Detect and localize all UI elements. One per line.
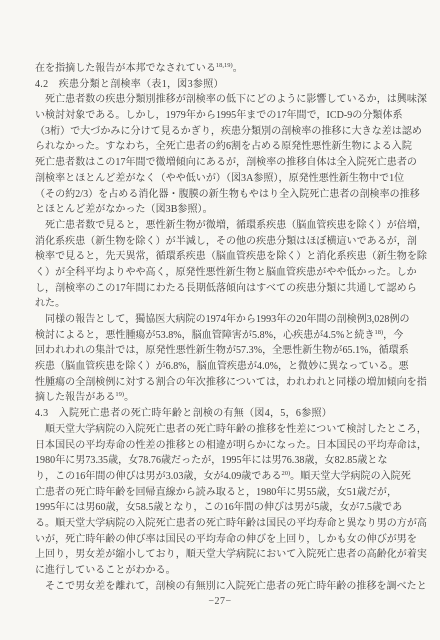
text-segment: 1995年には男60歳，女58.5歳となり，この16年間の伸びは男が5歳，女が7… — [35, 502, 402, 513]
text-segment: れた。 — [35, 298, 65, 309]
text-line: （3桁）で大づかみに分けて見るかぎり，疾患分類別の剖検率の推移に大きな差は認め — [35, 124, 417, 140]
text-line: 死亡患者数で見ると，悪性新生物が微増，循環系疾患（脳血管疾患を除く）が倍増， — [35, 218, 417, 234]
text-line: る。順天堂大学病院の入院死亡患者の死亡時年齢は国民の平均寿命と異なり男の方が高 — [35, 516, 417, 532]
text-line: れた。 — [35, 296, 417, 312]
text-segment: 日本国民の平均寿命の性差の推移との相違が明らかになった。日本国民の平均寿命は， — [35, 440, 427, 451]
text-segment: （3桁）で大づかみに分けて見るかぎり，疾患分類別の剖検率の推移に大きな差は認め — [35, 126, 422, 137]
document-body: 在を指摘した報告が本邦でなされている18,19)。4.2 疾患分類と剖検率（表1… — [35, 61, 417, 594]
text-line: 摘した報告がある19)。 — [35, 390, 417, 406]
text-line: られなかった。すなわち，全死亡患者の約6割を占める原発性悪性新生物による入院 — [35, 139, 417, 155]
text-segment: いが，死亡時年齢の伸び率は国民の平均寿命の伸びを上回り，しかも女の伸びが男を — [35, 534, 417, 545]
text-segment: 死亡患者数で見ると，悪性新生物が微増，循環系疾患（脳血管疾患を除く）が倍増， — [35, 220, 427, 231]
text-segment: 。 — [124, 392, 134, 403]
text-segment: 性腫瘍の全剖検例に対する割合の年次推移については，われわれと同様の増加傾向を指 — [35, 377, 427, 388]
text-segment: られなかった。すなわち，全死亡患者の約6割を占める原発性悪性新生物による入院 — [35, 141, 412, 152]
text-segment: ，今 — [383, 330, 403, 341]
text-segment: 疾患（脳血管疾患を除く）が6.8%，脳血管疾患が4.0%，と微妙に異なっている。… — [35, 361, 409, 372]
text-segment: 検討によると，悪性腫瘍が53.8%，脳血管障害が5.8%，心疾患が4.5%と続き — [35, 330, 375, 341]
text-line: （その約2/3）を占める消化器・腹膜の新生物もやはり全入院死亡患者の剖検率の推移 — [35, 187, 417, 203]
text-segment: そこで男女差を離れて，剖検の有無別に入院死亡患者の死亡時年齢の推移を調べたと — [35, 581, 427, 592]
text-line: り，この16年間の伸びは男が3.03歳，女が4.09歳である20)。順天堂大学病… — [35, 469, 417, 485]
text-line: に進行していることがわかる。 — [35, 563, 417, 579]
section-heading: 4.3 入院死亡患者の死亡時年齢と剖検の有無（図4，5，6参照） — [35, 406, 417, 422]
text-line: 疾患（脳血管疾患を除く）が6.8%，脳血管疾患が4.0%，と微妙に異なっている。… — [35, 359, 417, 375]
text-segment: とほとんど差がなかった（図3B参照）。 — [35, 204, 213, 215]
text-segment: 剖検率とほとんど差がなく（やや低いが）（図3A参照），原発性悪性新生物中で1位 — [35, 173, 404, 184]
text-segment: （その約2/3）を占める消化器・腹膜の新生物もやはり全入院死亡患者の剖検率の推移 — [35, 189, 420, 200]
text-segment: 上回り，男女差が縮小しており，順天堂大学病院において入院死亡患者の高齢化が着実 — [35, 549, 427, 560]
text-line: 1995年には男60歳，女58.5歳となり，この16年間の伸びは男が5歳，女が7… — [35, 500, 417, 516]
text-segment: 消化系疾患（新生物を除く）が半減し，その他の疾患分類はほぼ横這いであるが，剖 — [35, 236, 417, 247]
text-segment: 。 — [233, 63, 243, 74]
text-segment: 回われわれの集計では，原発性悪性新生物が57.3%，全悪性新生物が65.1%，循… — [35, 345, 409, 356]
citation-superscript: 19) — [115, 391, 124, 398]
text-segment: 検率で見ると，先天異常，循環系疾患（脳血管疾患を除く）と消化系疾患（新生物を除 — [35, 251, 427, 262]
section-heading: 4.2 疾患分類と剖検率（表1，図3参照） — [35, 77, 417, 93]
text-line: 死亡患者数はこの17年間で微増傾向にあるが，剖検率の推移自体は全入院死亡患者の — [35, 155, 417, 171]
text-line: 回われわれの集計では，原発性悪性新生物が57.3%，全悪性新生物が65.1%，循… — [35, 343, 417, 359]
text-segment: 順天堂大学病院の入院死亡患者の死亡時年齢の推移を性差について検討したところ， — [35, 424, 427, 435]
text-segment: り，この16年間の伸びは男が3.03歳，女が4.09歳である — [35, 471, 282, 482]
citation-superscript: 18) — [375, 329, 384, 336]
text-segment: く）が全科平均よりやや高く，原発性悪性新生物と脳血管疾患がやや低かった。しか — [35, 267, 417, 278]
text-segment: 同様の報告として，獨協医大病院の1974年から1993年の20年間の剖検例3,0… — [35, 314, 410, 325]
text-line: 検討によると，悪性腫瘍が53.8%，脳血管障害が5.8%，心疾患が4.5%と続き… — [35, 328, 417, 344]
text-segment: 。順天堂大学病院の入院死 — [290, 471, 411, 482]
text-line: 同様の報告として，獨協医大病院の1974年から1993年の20年間の剖検例3,0… — [35, 312, 417, 328]
text-line: そこで男女差を離れて，剖検の有無別に入院死亡患者の死亡時年齢の推移を調べたと — [35, 579, 417, 595]
text-segment: 死亡患者数はこの17年間で微増傾向にあるが，剖検率の推移自体は全入院死亡患者の — [35, 157, 417, 168]
text-line: 消化系疾患（新生物を除く）が半減し，その他の疾患分類はほぼ横這いであるが，剖 — [35, 234, 417, 250]
text-line: い検討対象である。しかし，1979年から1995年までの17年間で，ICD-9の… — [35, 108, 417, 124]
text-line: 亡患者の死亡時年齢を回帰直線から読み取ると，1980年に男55歳，女51歳だが， — [35, 485, 417, 501]
text-line: 性腫瘍の全剖検例に対する割合の年次推移については，われわれと同様の増加傾向を指 — [35, 375, 417, 391]
text-segment: 摘した報告がある — [35, 392, 115, 403]
text-line: く）が全科平均よりやや高く，原発性悪性新生物と脳血管疾患がやや低かった。しか — [35, 265, 417, 281]
citation-superscript: 20) — [282, 470, 291, 477]
text-line: 上回り，男女差が縮小しており，順天堂大学病院において入院死亡患者の高齢化が着実 — [35, 547, 417, 563]
text-line: いが，死亡時年齢の伸び率は国民の平均寿命の伸びを上回り，しかも女の伸びが男を — [35, 532, 417, 548]
text-segment: る。順天堂大学病院の入院死亡患者の死亡時年齢は国民の平均寿命と異なり男の方が高 — [35, 518, 427, 529]
text-segment: 死亡患者数の疾患分類別推移が剖検率の低下にどのように影響しているか，は興味深 — [35, 94, 427, 105]
text-line: 死亡患者数の疾患分類別推移が剖検率の低下にどのように影響しているか，は興味深 — [35, 92, 417, 108]
text-line: 順天堂大学病院の入院死亡患者の死亡時年齢の推移を性差について検討したところ， — [35, 422, 417, 438]
page-number: −27− — [0, 596, 440, 607]
text-segment: 4.3 入院死亡患者の死亡時年齢と剖検の有無（図4，5，6参照） — [35, 408, 332, 419]
text-segment: し，剖検率のこの17年間にわたる長期低落傾向はすべての疾患分類に共通して認めら — [35, 283, 417, 294]
text-segment: 4.2 疾患分類と剖検率（表1，図3参照） — [35, 79, 224, 90]
text-line: 日本国民の平均寿命の性差の推移との相違が明らかになった。日本国民の平均寿命は， — [35, 438, 417, 454]
text-line: 1980年に男73.35歳，女78.76歳だったが，1995年には男76.38歳… — [35, 453, 417, 469]
text-line: 剖検率とほとんど差がなく（やや低いが）（図3A参照），原発性悪性新生物中で1位 — [35, 171, 417, 187]
text-segment: 1980年に男73.35歳，女78.76歳だったが，1995年には男76.38歳… — [35, 455, 388, 466]
text-line: 検率で見ると，先天異常，循環系疾患（脳血管疾患を除く）と消化系疾患（新生物を除 — [35, 249, 417, 265]
citation-superscript: 18,19) — [216, 62, 233, 69]
document-page: 在を指摘した報告が本邦でなされている18,19)。4.2 疾患分類と剖検率（表1… — [0, 0, 440, 640]
text-line: とほとんど差がなかった（図3B参照）。 — [35, 202, 417, 218]
text-line: し，剖検率のこの17年間にわたる長期低落傾向はすべての疾患分類に共通して認めら — [35, 281, 417, 297]
text-segment: に進行していることがわかる。 — [35, 565, 176, 576]
text-line: 在を指摘した報告が本邦でなされている18,19)。 — [35, 61, 417, 77]
text-segment: 亡患者の死亡時年齢を回帰直線から読み取ると，1980年に男55歳，女51歳だが， — [35, 487, 397, 498]
text-segment: い検討対象である。しかし，1979年から1995年までの17年間で，ICD-9の… — [35, 110, 403, 121]
text-segment: 在を指摘した報告が本邦でなされている — [35, 63, 216, 74]
